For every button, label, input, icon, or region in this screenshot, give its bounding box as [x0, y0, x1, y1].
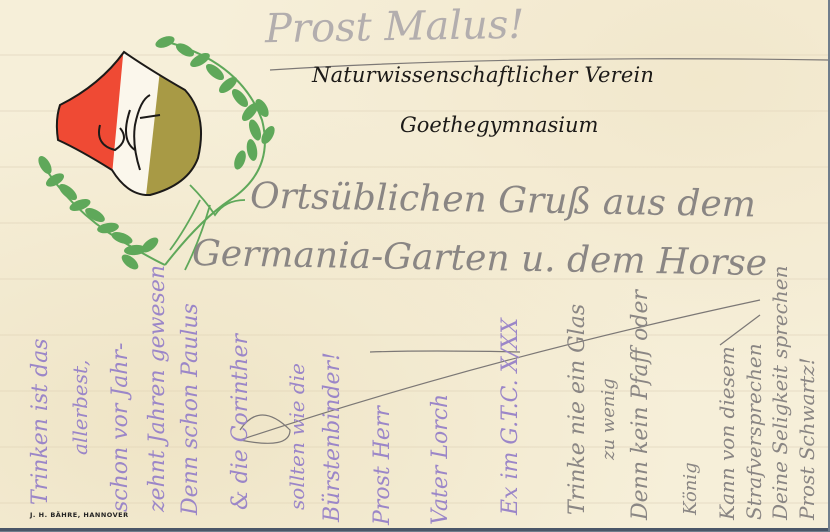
pencil-vertical-7: Deine Seligkeit sprechen — [768, 266, 792, 520]
postcard: Naturwissenschaftlicher Verein Goethegym… — [0, 0, 828, 531]
pencil-vertical-4: König — [680, 462, 701, 515]
pencil-vertical-6: Strafversprechen — [742, 343, 766, 520]
violet-line-5: Denn schon Paulus — [178, 303, 203, 515]
violet-line-3: schon vor Jahr- — [108, 343, 133, 512]
violet-line-4: zehnt Jahren gewesen — [145, 265, 170, 512]
violet-line-6: & die Corinther — [228, 334, 253, 510]
violet-line-7: sollten wie die — [285, 363, 309, 510]
shield-emblem-icon — [50, 45, 215, 205]
pencil-vertical-8: Prost Schwartz! — [795, 357, 819, 520]
pencil-vertical-1: Trinke nie ein Glas — [565, 304, 590, 515]
header-subtitle: Goethegymnasium — [400, 113, 598, 137]
violet-line-8: Bürstenbinder! — [320, 352, 345, 522]
violet-line-11: Ex im G.T.C. X/XX — [498, 318, 523, 515]
pencil-vertical-3: Denn kein Pfaff oder — [628, 290, 653, 520]
pencil-vertical-2: zu wenig — [598, 378, 619, 460]
publisher-imprint: J. H. BÄHRE, HANNOVER — [30, 511, 129, 519]
handwriting-top: Prost Malus! — [265, 2, 525, 53]
header-title: Naturwissenschaftlicher Verein — [312, 63, 654, 87]
violet-line-9: Prost Herr — [370, 406, 395, 525]
violet-line-1: Trinken ist das — [28, 338, 53, 505]
violet-line-10: Vater Lorch — [428, 394, 453, 525]
pencil-vertical-5: Kann von diesem — [715, 346, 739, 520]
violet-line-2: allerbest, — [68, 360, 92, 455]
